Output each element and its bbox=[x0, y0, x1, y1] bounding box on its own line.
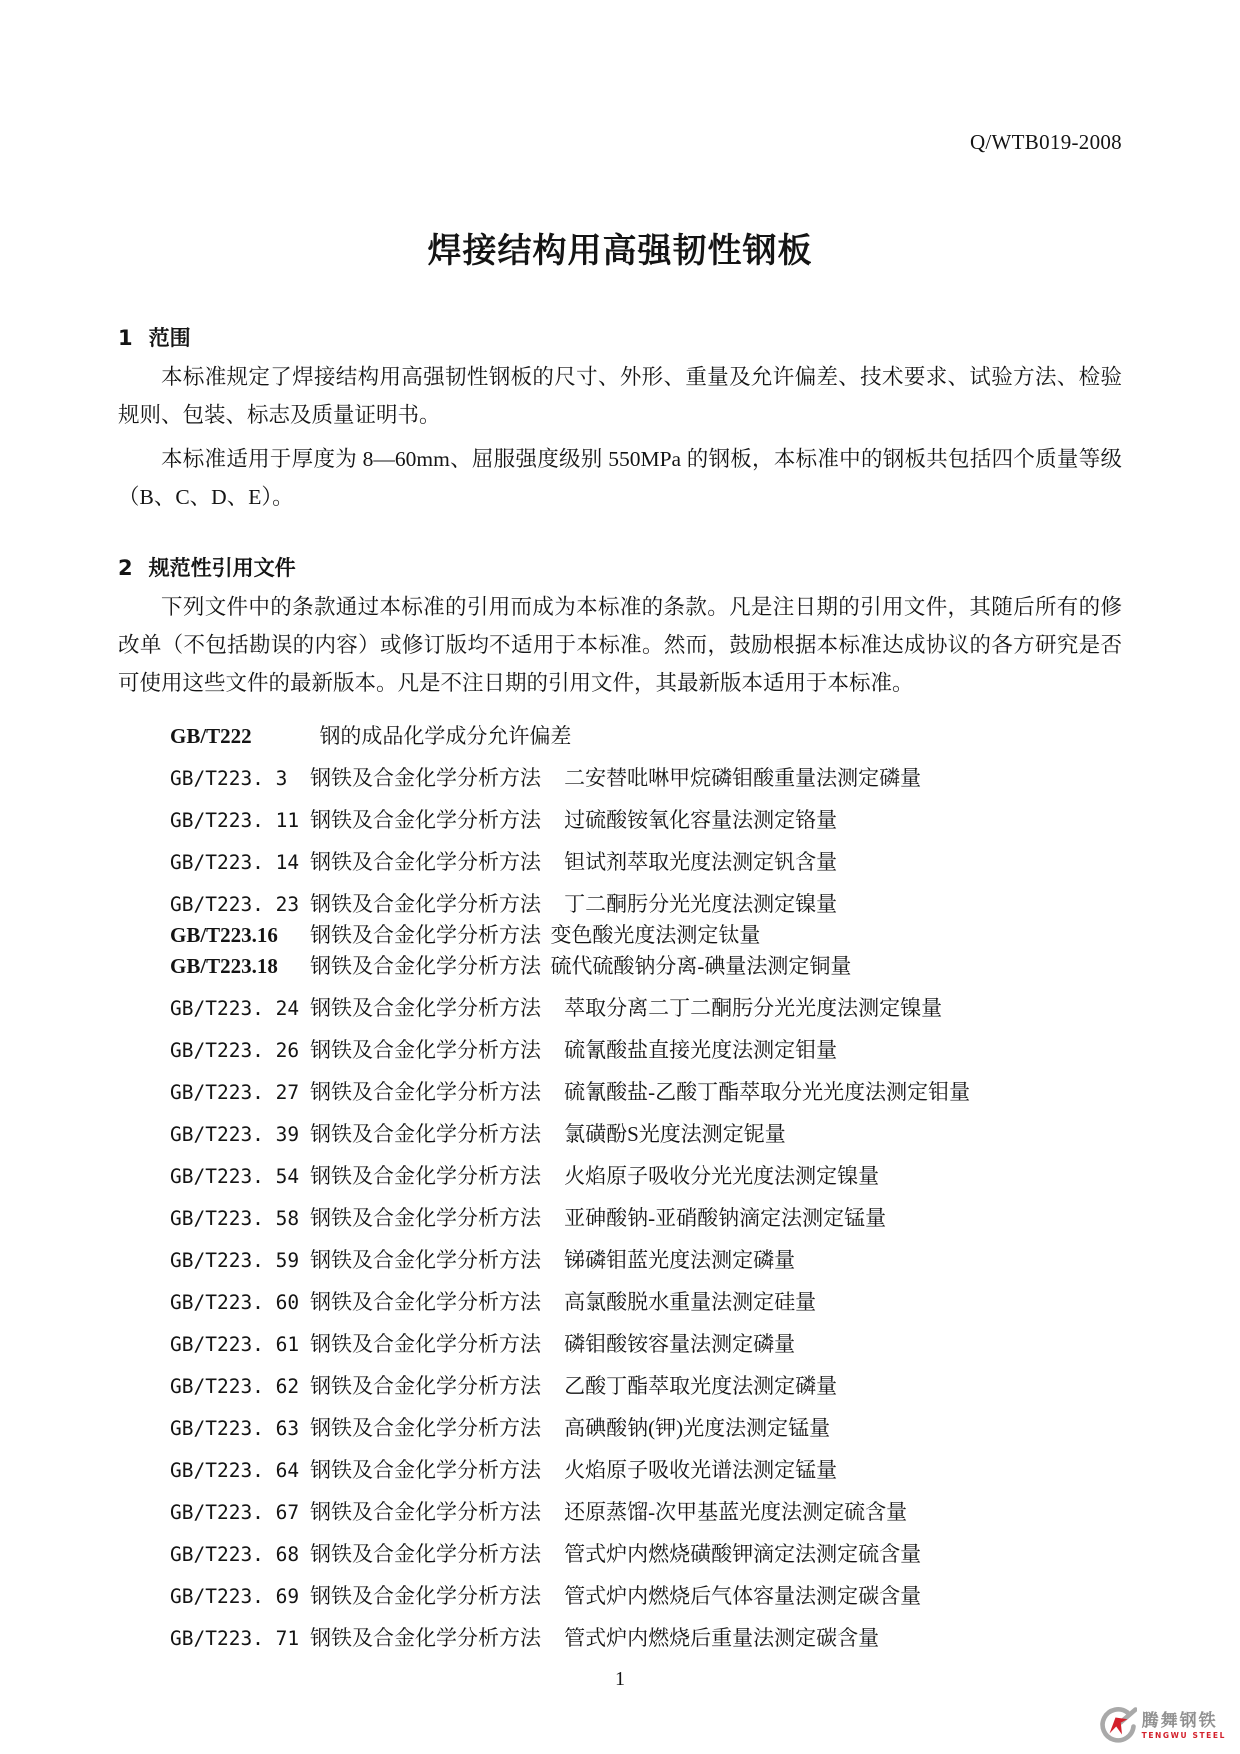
section-2-paragraph-1: 下列文件中的条款通过本标准的引用而成为本标准的条款。凡是注日期的引用文件，其随后… bbox=[118, 588, 1122, 702]
reference-method: 钢铁及合金化学分析方法 bbox=[310, 1458, 541, 1482]
reference-row: GB/T223. 64 钢铁及合金化学分析方法火焰原子吸收光谱法测定锰量 bbox=[170, 1458, 1122, 1483]
reference-method: 钢铁及合金化学分析方法 bbox=[310, 1626, 541, 1650]
reference-desc: 火焰原子吸收分光光度法测定镍量 bbox=[564, 1164, 879, 1188]
reference-row: GB/T223. 24 钢铁及合金化学分析方法萃取分离二丁二酮肟分光光度法测定镍… bbox=[170, 996, 1122, 1021]
reference-desc: 硫代硫酸钠分离-碘量法测定铜量 bbox=[550, 954, 851, 978]
reference-desc: 磷钼酸铵容量法测定磷量 bbox=[564, 1332, 795, 1356]
reference-desc: 萃取分离二丁二酮肟分光光度法测定镍量 bbox=[564, 996, 942, 1020]
reference-code: GB/T223. 39 bbox=[170, 1122, 310, 1147]
reference-method: 钢铁及合金化学分析方法 bbox=[310, 1206, 541, 1230]
reference-code: GB/T223. 59 bbox=[170, 1248, 310, 1273]
reference-title: 钢铁及合金化学分析方法丁二酮肟分光光度法测定镍量 bbox=[310, 892, 1122, 917]
reference-desc: 亚砷酸钠-亚硝酸钠滴定法测定锰量 bbox=[564, 1206, 886, 1230]
reference-desc: 管式炉内燃烧磺酸钾滴定法测定硫含量 bbox=[564, 1542, 921, 1566]
reference-title: 钢铁及合金化学分析方法高碘酸钠(钾)光度法测定锰量 bbox=[310, 1416, 1122, 1441]
reference-row: GB/T223. 62 钢铁及合金化学分析方法乙酸丁酯萃取光度法测定磷量 bbox=[170, 1374, 1122, 1399]
reference-title: 钢铁及合金化学分析方法萃取分离二丁二酮肟分光光度法测定镍量 bbox=[310, 996, 1122, 1021]
reference-code: GB/T222 bbox=[170, 724, 310, 749]
reference-title: 钢铁及合金化学分析方法硫代硫酸钠分离-碘量法测定铜量 bbox=[310, 954, 1122, 979]
reference-method: 钢铁及合金化学分析方法 bbox=[310, 850, 541, 874]
reference-row: GB/T223. 58 钢铁及合金化学分析方法亚砷酸钠-亚硝酸钠滴定法测定锰量 bbox=[170, 1206, 1122, 1231]
doc-number: Q/WTB019-2008 bbox=[118, 0, 1122, 155]
reference-row: GB/T223. 54 钢铁及合金化学分析方法火焰原子吸收分光光度法测定镍量 bbox=[170, 1164, 1122, 1189]
reference-code: GB/T223. 63 bbox=[170, 1416, 310, 1441]
reference-title: 钢铁及合金化学分析方法二安替吡啉甲烷磷钼酸重量法测定磷量 bbox=[310, 766, 1122, 791]
reference-row: GB/T223. 14 钢铁及合金化学分析方法钽试剂萃取光度法测定钒含量 bbox=[170, 850, 1122, 875]
reference-title: 钢铁及合金化学分析方法火焰原子吸收分光光度法测定镍量 bbox=[310, 1164, 1122, 1189]
references-list: GB/T222 钢的成品化学成分允许偏差 GB/T223. 3 钢铁及合金化学分… bbox=[170, 724, 1122, 1651]
reference-title: 钢铁及合金化学分析方法高氯酸脱水重量法测定硅量 bbox=[310, 1290, 1122, 1315]
reference-method: 钢铁及合金化学分析方法 bbox=[310, 1038, 541, 1062]
logo-chinese-name: 腾舞钢铁 bbox=[1142, 1713, 1226, 1730]
reference-code: GB/T223. 67 bbox=[170, 1500, 310, 1525]
reference-title: 钢铁及合金化学分析方法还原蒸馏-次甲基蓝光度法测定硫含量 bbox=[310, 1500, 1122, 1525]
reference-row: GB/T223. 67 钢铁及合金化学分析方法还原蒸馏-次甲基蓝光度法测定硫含量 bbox=[170, 1500, 1122, 1525]
reference-desc: 过硫酸铵氧化容量法测定铬量 bbox=[564, 808, 837, 832]
reference-row: GB/T223. 39 钢铁及合金化学分析方法氯磺酚S光度法测定铌量 bbox=[170, 1122, 1122, 1147]
reference-desc: 硫氰酸盐直接光度法测定钼量 bbox=[564, 1038, 837, 1062]
reference-title: 钢铁及合金化学分析方法过硫酸铵氧化容量法测定铬量 bbox=[310, 808, 1122, 833]
reference-method: 钢铁及合金化学分析方法 bbox=[310, 1332, 541, 1356]
reference-title: 钢铁及合金化学分析方法亚砷酸钠-亚硝酸钠滴定法测定锰量 bbox=[310, 1206, 1122, 1231]
reference-desc: 变色酸光度法测定钛量 bbox=[550, 923, 760, 947]
reference-method: 钢铁及合金化学分析方法 bbox=[310, 996, 541, 1020]
reference-method: 钢铁及合金化学分析方法 bbox=[310, 1122, 541, 1146]
document-page: Q/WTB019-2008 焊接结构用高强韧性钢板 1范围 本标准规定了焊接结构… bbox=[0, 0, 1240, 1754]
reference-code: GB/T223. 61 bbox=[170, 1332, 310, 1357]
tengwu-logo-icon bbox=[1097, 1706, 1137, 1746]
reference-row: GB/T223. 69 钢铁及合金化学分析方法管式炉内燃烧后气体容量法测定碳含量 bbox=[170, 1584, 1122, 1609]
reference-method: 钢铁及合金化学分析方法 bbox=[310, 1248, 541, 1272]
reference-desc: 管式炉内燃烧后气体容量法测定碳含量 bbox=[564, 1584, 921, 1608]
section-1-number: 1 bbox=[118, 326, 133, 350]
reference-row: GB/T223. 59 钢铁及合金化学分析方法锑磷钼蓝光度法测定磷量 bbox=[170, 1248, 1122, 1273]
reference-title: 钢铁及合金化学分析方法变色酸光度法测定钛量 bbox=[310, 923, 1122, 948]
reference-method: 钢铁及合金化学分析方法 bbox=[310, 1374, 541, 1398]
reference-code: GB/T223. 26 bbox=[170, 1038, 310, 1063]
reference-row: GB/T223.16 钢铁及合金化学分析方法变色酸光度法测定钛量 bbox=[170, 923, 1122, 948]
section-1-paragraph-2: 本标准适用于厚度为 8—60mm、屈服强度级别 550MPa 的钢板，本标准中的… bbox=[118, 440, 1122, 516]
section-2-heading: 2规范性引用文件 bbox=[118, 552, 1122, 582]
reference-desc: 丁二酮肟分光光度法测定镍量 bbox=[564, 892, 837, 916]
logo-english-name: TENGWU STEEL bbox=[1142, 1732, 1226, 1740]
reference-row: GB/T222 钢的成品化学成分允许偏差 bbox=[170, 724, 1122, 749]
reference-title: 钢铁及合金化学分析方法氯磺酚S光度法测定铌量 bbox=[310, 1122, 1122, 1147]
reference-desc: 氯磺酚S光度法测定铌量 bbox=[564, 1122, 786, 1146]
reference-desc: 高碘酸钠(钾)光度法测定锰量 bbox=[564, 1416, 830, 1440]
reference-method: 钢铁及合金化学分析方法 bbox=[310, 1416, 541, 1440]
reference-title: 钢铁及合金化学分析方法硫氰酸盐-乙酸丁酯萃取分光光度法测定钼量 bbox=[310, 1080, 1122, 1105]
reference-title: 钢铁及合金化学分析方法锑磷钼蓝光度法测定磷量 bbox=[310, 1248, 1122, 1273]
reference-title: 钢铁及合金化学分析方法管式炉内燃烧后气体容量法测定碳含量 bbox=[310, 1584, 1122, 1609]
reference-title: 钢铁及合金化学分析方法乙酸丁酯萃取光度法测定磷量 bbox=[310, 1374, 1122, 1399]
reference-row: GB/T223. 3 钢铁及合金化学分析方法二安替吡啉甲烷磷钼酸重量法测定磷量 bbox=[170, 766, 1122, 791]
reference-method: 钢铁及合金化学分析方法 bbox=[310, 1584, 541, 1608]
reference-code: GB/T223. 68 bbox=[170, 1542, 310, 1567]
reference-method: 钢铁及合金化学分析方法 bbox=[310, 892, 541, 916]
reference-title: 钢的成品化学成分允许偏差 bbox=[310, 724, 1122, 749]
reference-desc: 乙酸丁酯萃取光度法测定磷量 bbox=[564, 1374, 837, 1398]
tengwu-steel-logo: 腾舞钢铁 TENGWU STEEL bbox=[1097, 1706, 1226, 1746]
reference-title: 钢铁及合金化学分析方法管式炉内燃烧后重量法测定碳含量 bbox=[310, 1626, 1122, 1651]
reference-method: 钢铁及合金化学分析方法 bbox=[310, 1290, 541, 1314]
reference-code: GB/T223. 14 bbox=[170, 850, 310, 875]
reference-desc: 管式炉内燃烧后重量法测定碳含量 bbox=[564, 1626, 879, 1650]
reference-method: 钢铁及合金化学分析方法 bbox=[310, 766, 541, 790]
reference-row: GB/T223. 23 钢铁及合金化学分析方法丁二酮肟分光光度法测定镍量 bbox=[170, 892, 1122, 917]
reference-method: 钢铁及合金化学分析方法 bbox=[310, 954, 541, 978]
reference-row: GB/T223. 60 钢铁及合金化学分析方法高氯酸脱水重量法测定硅量 bbox=[170, 1290, 1122, 1315]
reference-code: GB/T223. 54 bbox=[170, 1164, 310, 1189]
reference-code: GB/T223. 3 bbox=[170, 766, 310, 791]
section-2-number: 2 bbox=[118, 556, 133, 580]
reference-row: GB/T223. 71 钢铁及合金化学分析方法管式炉内燃烧后重量法测定碳含量 bbox=[170, 1626, 1122, 1651]
reference-code: GB/T223. 23 bbox=[170, 892, 310, 917]
reference-title: 钢铁及合金化学分析方法火焰原子吸收光谱法测定锰量 bbox=[310, 1458, 1122, 1483]
reference-code: GB/T223. 11 bbox=[170, 808, 310, 833]
reference-desc: 火焰原子吸收光谱法测定锰量 bbox=[564, 1458, 837, 1482]
reference-code: GB/T223.16 bbox=[170, 923, 310, 948]
reference-desc: 钽试剂萃取光度法测定钒含量 bbox=[564, 850, 837, 874]
reference-code: GB/T223. 60 bbox=[170, 1290, 310, 1315]
reference-row: GB/T223. 27 钢铁及合金化学分析方法硫氰酸盐-乙酸丁酯萃取分光光度法测… bbox=[170, 1080, 1122, 1105]
reference-code: GB/T223.18 bbox=[170, 954, 310, 979]
reference-title: 钢铁及合金化学分析方法硫氰酸盐直接光度法测定钼量 bbox=[310, 1038, 1122, 1063]
reference-title: 钢铁及合金化学分析方法钽试剂萃取光度法测定钒含量 bbox=[310, 850, 1122, 875]
reference-method: 钢铁及合金化学分析方法 bbox=[310, 1164, 541, 1188]
reference-method: 钢铁及合金化学分析方法 bbox=[310, 808, 541, 832]
reference-method: 钢铁及合金化学分析方法 bbox=[310, 1500, 541, 1524]
section-2-label: 规范性引用文件 bbox=[149, 556, 296, 580]
reference-desc: 锑磷钼蓝光度法测定磷量 bbox=[564, 1248, 795, 1272]
page-title: 焊接结构用高强韧性钢板 bbox=[118, 223, 1122, 272]
reference-code: GB/T223. 69 bbox=[170, 1584, 310, 1609]
reference-desc: 二安替吡啉甲烷磷钼酸重量法测定磷量 bbox=[564, 766, 921, 790]
page-number: 1 bbox=[118, 1668, 1122, 1691]
reference-row: GB/T223. 11 钢铁及合金化学分析方法过硫酸铵氧化容量法测定铬量 bbox=[170, 808, 1122, 833]
reference-code: GB/T223. 62 bbox=[170, 1374, 310, 1399]
reference-row: GB/T223. 26 钢铁及合金化学分析方法硫氰酸盐直接光度法测定钼量 bbox=[170, 1038, 1122, 1063]
section-1-paragraph-1: 本标准规定了焊接结构用高强韧性钢板的尺寸、外形、重量及允许偏差、技术要求、试验方… bbox=[118, 358, 1122, 434]
reference-desc: 钢的成品化学成分允许偏差 bbox=[319, 724, 571, 748]
reference-row: GB/T223. 61 钢铁及合金化学分析方法磷钼酸铵容量法测定磷量 bbox=[170, 1332, 1122, 1357]
reference-code: GB/T223. 71 bbox=[170, 1626, 310, 1651]
reference-desc: 高氯酸脱水重量法测定硅量 bbox=[564, 1290, 816, 1314]
reference-method: 钢铁及合金化学分析方法 bbox=[310, 1542, 541, 1566]
reference-code: GB/T223. 27 bbox=[170, 1080, 310, 1105]
reference-row: GB/T223.18 钢铁及合金化学分析方法硫代硫酸钠分离-碘量法测定铜量 bbox=[170, 954, 1122, 979]
section-1-label: 范围 bbox=[149, 326, 191, 350]
reference-title: 钢铁及合金化学分析方法磷钼酸铵容量法测定磷量 bbox=[310, 1332, 1122, 1357]
reference-desc: 硫氰酸盐-乙酸丁酯萃取分光光度法测定钼量 bbox=[564, 1080, 970, 1104]
reference-code: GB/T223. 58 bbox=[170, 1206, 310, 1231]
reference-code: GB/T223. 24 bbox=[170, 996, 310, 1021]
reference-row: GB/T223. 68 钢铁及合金化学分析方法管式炉内燃烧磺酸钾滴定法测定硫含量 bbox=[170, 1542, 1122, 1567]
reference-desc: 还原蒸馏-次甲基蓝光度法测定硫含量 bbox=[564, 1500, 907, 1524]
reference-code: GB/T223. 64 bbox=[170, 1458, 310, 1483]
reference-method: 钢铁及合金化学分析方法 bbox=[310, 923, 541, 947]
reference-row: GB/T223. 63 钢铁及合金化学分析方法高碘酸钠(钾)光度法测定锰量 bbox=[170, 1416, 1122, 1441]
reference-method: 钢铁及合金化学分析方法 bbox=[310, 1080, 541, 1104]
section-1-heading: 1范围 bbox=[118, 322, 1122, 352]
reference-title: 钢铁及合金化学分析方法管式炉内燃烧磺酸钾滴定法测定硫含量 bbox=[310, 1542, 1122, 1567]
